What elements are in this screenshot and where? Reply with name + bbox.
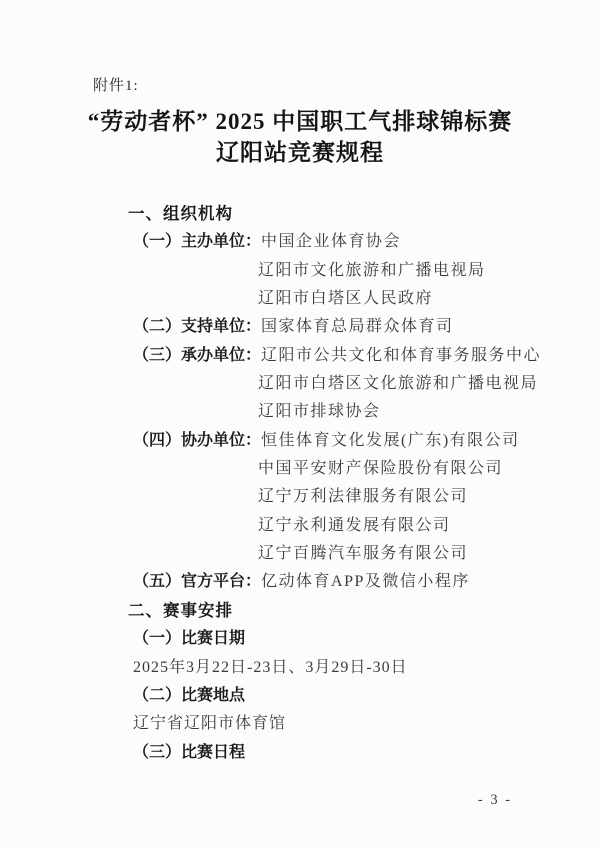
title-line-1: “劳动者杯” 2025 中国职工气排球锦标赛 bbox=[50, 106, 550, 137]
page-number: - 3 - bbox=[455, 792, 535, 809]
schedule-item-venue-label: （二）比赛地点 bbox=[0, 682, 600, 710]
document-title: “劳动者杯” 2025 中国职工气排球锦标赛 辽阳站竞赛规程 bbox=[50, 106, 550, 168]
org-item-value-continuation: 辽宁百腾汽车服务有限公司 bbox=[0, 540, 600, 568]
schedule-item-label: （一）比赛日期 bbox=[133, 625, 258, 653]
org-item-co-organizer: （四）协办单位：恒佳体育文化发展(广东)有限公司 bbox=[0, 427, 600, 455]
schedule-item-label: （三）比赛日程 bbox=[133, 739, 258, 767]
org-item-label: （四）协办单位： bbox=[133, 427, 261, 455]
section-heading-organization: 一、组织机构 bbox=[0, 200, 600, 228]
title-line-2: 辽阳站竞赛规程 bbox=[50, 137, 550, 168]
org-item-label: （五）官方平台： bbox=[133, 568, 261, 596]
schedule-item-date-text: 2025年3月22日-23日、3月29日-30日 bbox=[0, 654, 600, 682]
schedule-item-label: （二）比赛地点 bbox=[133, 682, 258, 710]
section-heading-schedule: 二、赛事安排 bbox=[0, 597, 600, 625]
schedule-item-date-label: （一）比赛日期 bbox=[0, 625, 600, 653]
org-item-value-continuation: 辽阳市文化旅游和广播电视局 bbox=[0, 257, 600, 285]
schedule-item-venue-text: 辽宁省辽阳市体育馆 bbox=[0, 710, 600, 738]
org-item-platform: （五）官方平台：亿动体育APP及微信小程序 bbox=[0, 568, 600, 596]
org-item-host: （一）主办单位：中国企业体育协会 bbox=[0, 228, 600, 256]
document-body: 一、组织机构 （一）主办单位：中国企业体育协会 辽阳市文化旅游和广播电视局 辽阳… bbox=[0, 200, 600, 767]
org-item-value: 中国企业体育协会 bbox=[261, 233, 401, 250]
org-item-value-continuation: 辽宁永利通发展有限公司 bbox=[0, 512, 600, 540]
org-item-value: 国家体育总局群众体育司 bbox=[261, 318, 454, 335]
org-item-value-continuation: 辽阳市排球协会 bbox=[0, 398, 600, 426]
org-item-label: （三）承办单位： bbox=[133, 342, 261, 370]
org-item-value-continuation: 辽宁万利法律服务有限公司 bbox=[0, 483, 600, 511]
org-item-value-continuation: 中国平安财产保险股份有限公司 bbox=[0, 455, 600, 483]
schedule-item-program-label: （三）比赛日程 bbox=[0, 739, 600, 767]
org-item-label: （一）主办单位： bbox=[133, 228, 261, 256]
document-page: 附件1: “劳动者杯” 2025 中国职工气排球锦标赛 辽阳站竞赛规程 一、组织… bbox=[0, 0, 600, 848]
org-item-value-continuation: 辽阳市白塔区文化旅游和广播电视局 bbox=[0, 370, 600, 398]
org-item-support: （二）支持单位：国家体育总局群众体育司 bbox=[0, 313, 600, 341]
attachment-label: 附件1: bbox=[93, 74, 139, 95]
org-item-value: 辽阳市公共文化和体育事务服务中心 bbox=[261, 347, 541, 364]
org-item-organizer: （三）承办单位：辽阳市公共文化和体育事务服务中心 bbox=[0, 342, 600, 370]
org-item-value: 亿动体育APP及微信小程序 bbox=[261, 573, 470, 590]
org-item-value: 恒佳体育文化发展(广东)有限公司 bbox=[261, 432, 520, 449]
org-item-label: （二）支持单位： bbox=[133, 313, 261, 341]
org-item-value-continuation: 辽阳市白塔区人民政府 bbox=[0, 285, 600, 313]
